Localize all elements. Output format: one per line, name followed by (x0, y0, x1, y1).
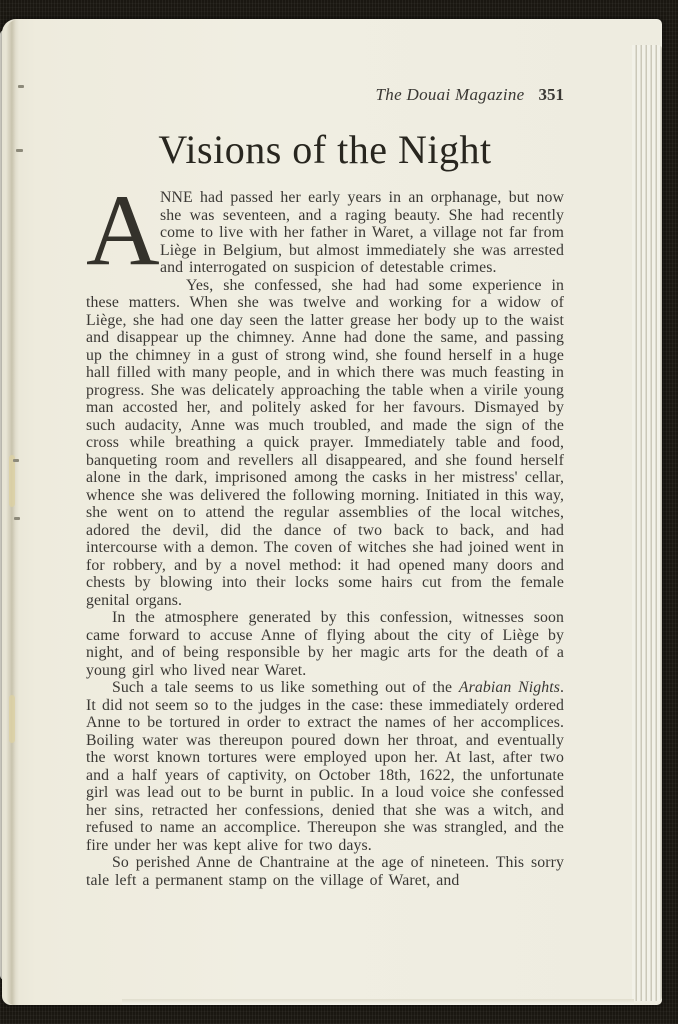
page-number: 351 (539, 85, 565, 105)
stitch-mark (14, 517, 20, 520)
page-edges-stack (632, 45, 662, 1001)
article-body: ANNE had passed her early years in an or… (86, 189, 564, 889)
glue-spot (9, 695, 15, 743)
stitch-mark (13, 459, 19, 462)
stitch-mark (18, 85, 24, 88)
italic-text: Arabian Nights (459, 679, 560, 696)
running-header: The Douai Magazine 351 (86, 85, 564, 105)
book-photo: The Douai Magazine 351 Visions of the Ni… (0, 0, 678, 1024)
book-page: The Douai Magazine 351 Visions of the Ni… (2, 19, 662, 1005)
paragraph-text: In the atmosphere generated by this conf… (86, 609, 564, 679)
paragraph-5: So perished Anne de Chantraine at the ag… (86, 854, 564, 889)
article-title: Visions of the Night (86, 127, 564, 173)
page-content: The Douai Magazine 351 Visions of the Ni… (86, 85, 564, 889)
gutter-crease (6, 19, 19, 1005)
paragraph-4: Such a tale seems to us like something o… (86, 679, 564, 854)
paragraph-text: Such a tale seems to us like something o… (112, 679, 459, 696)
page-edges-bottom (122, 999, 634, 1005)
paragraph-text: So perished Anne de Chantraine at the ag… (86, 854, 564, 889)
magazine-title: The Douai Magazine (376, 85, 525, 105)
glue-spot (9, 455, 15, 507)
paragraph-text: NNE had passed her early years in an orp… (160, 189, 564, 276)
paragraph-3: In the atmosphere generated by this conf… (86, 609, 564, 679)
stitch-mark (16, 149, 23, 152)
dropcap-letter: A (86, 192, 150, 280)
paragraph-2: Yes, she confessed, she had had some exp… (86, 277, 564, 610)
paragraph-text: Yes, she confessed, she had had some exp… (86, 277, 564, 609)
paragraph-text: . It did not seem so to the judges in th… (86, 679, 564, 854)
paragraph-1: ANNE had passed her early years in an or… (86, 189, 564, 277)
